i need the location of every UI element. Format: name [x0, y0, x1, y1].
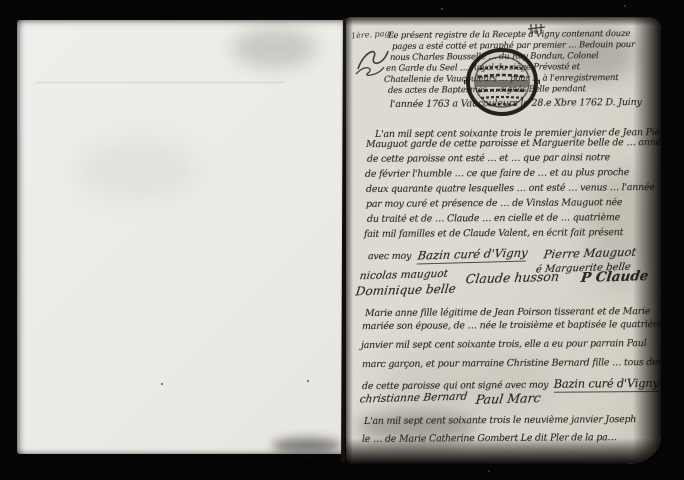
- manuscript-line: de février l'humble … ce que faire de … …: [365, 167, 629, 180]
- manuscript-line: de cette paroisse ont esté … et … que pa…: [367, 152, 610, 165]
- signature-p-claude: P Claude: [580, 268, 650, 286]
- film-speck: [488, 470, 490, 472]
- speck: [307, 380, 309, 382]
- manuscript-line: le … de Marie Catherine Gombert Le dit P…: [362, 432, 617, 445]
- signature-bazin-closing: Bazin curé d'Vigny: [554, 376, 659, 393]
- signature-bazin: Bazin curé d'Vigny: [417, 245, 529, 262]
- page-edge-shadow: [633, 17, 661, 464]
- manuscript-line: du traité et de … Claude … en cielle et …: [367, 212, 620, 225]
- manuscript-line: marc garçon, et pour marraine Christine …: [362, 357, 661, 370]
- manuscript-line: L'an mil sept cent soixante trois le neu…: [364, 414, 636, 427]
- signature-claude-husson: Claude husson: [465, 269, 560, 287]
- manuscript-line: deux quarante quatre lesquelles … ont es…: [366, 182, 655, 195]
- page-edge-shadow: [346, 17, 353, 464]
- signature-nicolas-mauguot: nicolas mauguot: [359, 268, 449, 282]
- manuscript-line: de cette paroisse qui ont signé avec moy…: [362, 376, 659, 392]
- signature-dominique-belle: Dominique belle: [355, 282, 457, 299]
- manuscript-line: par moy curé et présence de … de Vinslas…: [366, 197, 622, 210]
- control-stamp-icon: [464, 47, 540, 117]
- speck: [161, 383, 163, 385]
- header-line: Le présent registre de la Recepte d'Vign…: [388, 29, 630, 41]
- manuscript-line: fait mil familles et de Claude Valent, e…: [364, 227, 623, 240]
- manuscript-line: mariée son épouse, de … née le troisième…: [362, 319, 661, 332]
- manuscript-line: Mauguot garde de cette paroisse et Margu…: [366, 137, 661, 150]
- signature-prefix: avec moy: [368, 251, 411, 262]
- crease-line: [35, 82, 285, 83]
- signature-christianne-bernard: christianne Bernard: [359, 391, 468, 406]
- manuscript-line: janvier mil sept cent soixante trois, el…: [361, 338, 647, 351]
- page-edge-shadow: [346, 17, 661, 26]
- left-page: [17, 20, 344, 454]
- stain: [77, 140, 197, 200]
- microfilm-background: 1ère. page Le présent registre de la Rec…: [0, 0, 684, 480]
- right-page: 1ère. page Le présent registre de la Rec…: [346, 17, 661, 464]
- signature-paul-marc: Paul Marc: [475, 390, 542, 407]
- film-speck: [624, 5, 626, 7]
- film-speck: [441, 8, 443, 10]
- manuscript-line: Marie anne fille légitime de Jean Poirso…: [360, 300, 650, 320]
- signature-pierre-mauguot: Pierre Mauguot: [543, 245, 637, 262]
- stain: [232, 28, 317, 68]
- stain: [272, 438, 342, 454]
